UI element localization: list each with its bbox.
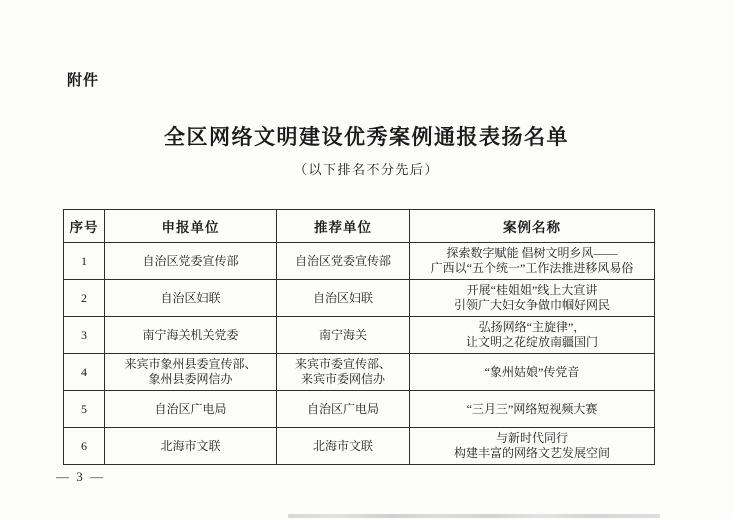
cell-no: 3 [64, 317, 105, 354]
table-body: 1自治区党委宣传部自治区党委宣传部探索数字赋能 倡树文明乡风——广西以“五个统一… [64, 243, 655, 465]
cell-line: 让文明之花绽放南疆国门 [414, 335, 650, 350]
cell-line: 4 [68, 365, 100, 380]
col-header-case-name: 案例名称 [410, 210, 655, 243]
table-row: 5自治区广电局自治区广电局“三月三”网络短视频大赛 [64, 391, 655, 428]
cell-declaring-unit: 自治区广电局 [105, 391, 277, 428]
cell-recommending-unit: 自治区广电局 [277, 391, 410, 428]
document-title: 全区网络文明建设优秀案例通报表扬名单 [0, 121, 733, 151]
cell-line: 5 [68, 402, 100, 417]
cell-line: 自治区妇联 [109, 291, 272, 306]
cell-recommending-unit: 来宾市委宣传部、来宾市委网信办 [277, 354, 410, 391]
cell-recommending-unit: 自治区妇联 [277, 280, 410, 317]
cell-line: 引领广大妇女争做巾帼好网民 [414, 298, 650, 313]
cell-line: 自治区党委宣传部 [109, 254, 272, 269]
document-page: 附件 全区网络文明建设优秀案例通报表扬名单 （以下排名不分先后） 序号 申报单位… [0, 0, 733, 519]
cell-no: 4 [64, 354, 105, 391]
cell-line: 弘扬网络“主旋律”， [414, 320, 650, 335]
cell-line: 自治区广电局 [281, 402, 405, 417]
cell-line: 1 [68, 254, 100, 269]
table-row: 4来宾市象州县委宣传部、象州县委网信办来宾市委宣传部、来宾市委网信办“象州姑娘”… [64, 354, 655, 391]
cell-line: 自治区妇联 [281, 291, 405, 306]
cell-line: 自治区广电局 [109, 402, 272, 417]
page-number: — 3 — [56, 469, 105, 485]
col-header-declaring-unit: 申报单位 [105, 210, 277, 243]
cell-declaring-unit: 南宁海关机关党委 [105, 317, 277, 354]
cell-line: 广西以“五个统一”工作法推进移风易俗 [414, 261, 650, 276]
cell-no: 5 [64, 391, 105, 428]
cell-case-name: “象州姑娘”传党音 [410, 354, 655, 391]
cell-declaring-unit: 来宾市象州县委宣传部、象州县委网信办 [105, 354, 277, 391]
commendation-table: 序号 申报单位 推荐单位 案例名称 1自治区党委宣传部自治区党委宣传部探索数字赋… [63, 209, 655, 465]
cell-line: 南宁海关 [281, 328, 405, 343]
table-row: 1自治区党委宣传部自治区党委宣传部探索数字赋能 倡树文明乡风——广西以“五个统一… [64, 243, 655, 280]
cell-line: 来宾市象州县委宣传部、 [109, 357, 272, 372]
cell-declaring-unit: 自治区党委宣传部 [105, 243, 277, 280]
cell-line: 3 [68, 328, 100, 343]
cell-declaring-unit: 自治区妇联 [105, 280, 277, 317]
cell-line: “象州姑娘”传党音 [414, 365, 650, 380]
cell-case-name: 弘扬网络“主旋律”，让文明之花绽放南疆国门 [410, 317, 655, 354]
cell-line: 北海市文联 [109, 439, 272, 454]
cell-line: 开展“桂姐姐”线上大宣讲 [414, 283, 650, 298]
cell-line: 南宁海关机关党委 [109, 328, 272, 343]
cell-line: 2 [68, 291, 100, 306]
attachment-label: 附件 [67, 69, 99, 90]
cell-recommending-unit: 自治区党委宣传部 [277, 243, 410, 280]
table-header: 序号 申报单位 推荐单位 案例名称 [64, 210, 655, 243]
cell-no: 6 [64, 428, 105, 465]
cell-recommending-unit: 北海市文联 [277, 428, 410, 465]
col-header-no: 序号 [64, 210, 105, 243]
cell-case-name: 探索数字赋能 倡树文明乡风——广西以“五个统一”工作法推进移风易俗 [410, 243, 655, 280]
col-header-recommending-unit: 推荐单位 [277, 210, 410, 243]
cell-line: 自治区党委宣传部 [281, 254, 405, 269]
cell-line: 北海市文联 [281, 439, 405, 454]
cell-recommending-unit: 南宁海关 [277, 317, 410, 354]
scan-artifact-strip [288, 514, 660, 518]
cell-line: 来宾市委宣传部、 [281, 357, 405, 372]
table-row: 2自治区妇联自治区妇联开展“桂姐姐”线上大宣讲引领广大妇女争做巾帼好网民 [64, 280, 655, 317]
cell-case-name: “三月三”网络短视频大赛 [410, 391, 655, 428]
cell-case-name: 开展“桂姐姐”线上大宣讲引领广大妇女争做巾帼好网民 [410, 280, 655, 317]
cell-declaring-unit: 北海市文联 [105, 428, 277, 465]
table-row: 6北海市文联北海市文联与新时代同行构建丰富的网络文艺发展空间 [64, 428, 655, 465]
cell-line: 6 [68, 439, 100, 454]
cell-line: 来宾市委网信办 [281, 372, 405, 387]
cell-line: 与新时代同行 [414, 431, 650, 446]
table-row: 3南宁海关机关党委南宁海关弘扬网络“主旋律”，让文明之花绽放南疆国门 [64, 317, 655, 354]
document-subtitle: （以下排名不分先后） [0, 159, 733, 178]
cell-line: 象州县委网信办 [109, 372, 272, 387]
cell-case-name: 与新时代同行构建丰富的网络文艺发展空间 [410, 428, 655, 465]
cell-line: “三月三”网络短视频大赛 [414, 402, 650, 417]
table-header-row: 序号 申报单位 推荐单位 案例名称 [64, 210, 655, 243]
cell-no: 1 [64, 243, 105, 280]
cell-no: 2 [64, 280, 105, 317]
cell-line: 构建丰富的网络文艺发展空间 [414, 446, 650, 461]
cell-line: 探索数字赋能 倡树文明乡风—— [414, 246, 650, 261]
